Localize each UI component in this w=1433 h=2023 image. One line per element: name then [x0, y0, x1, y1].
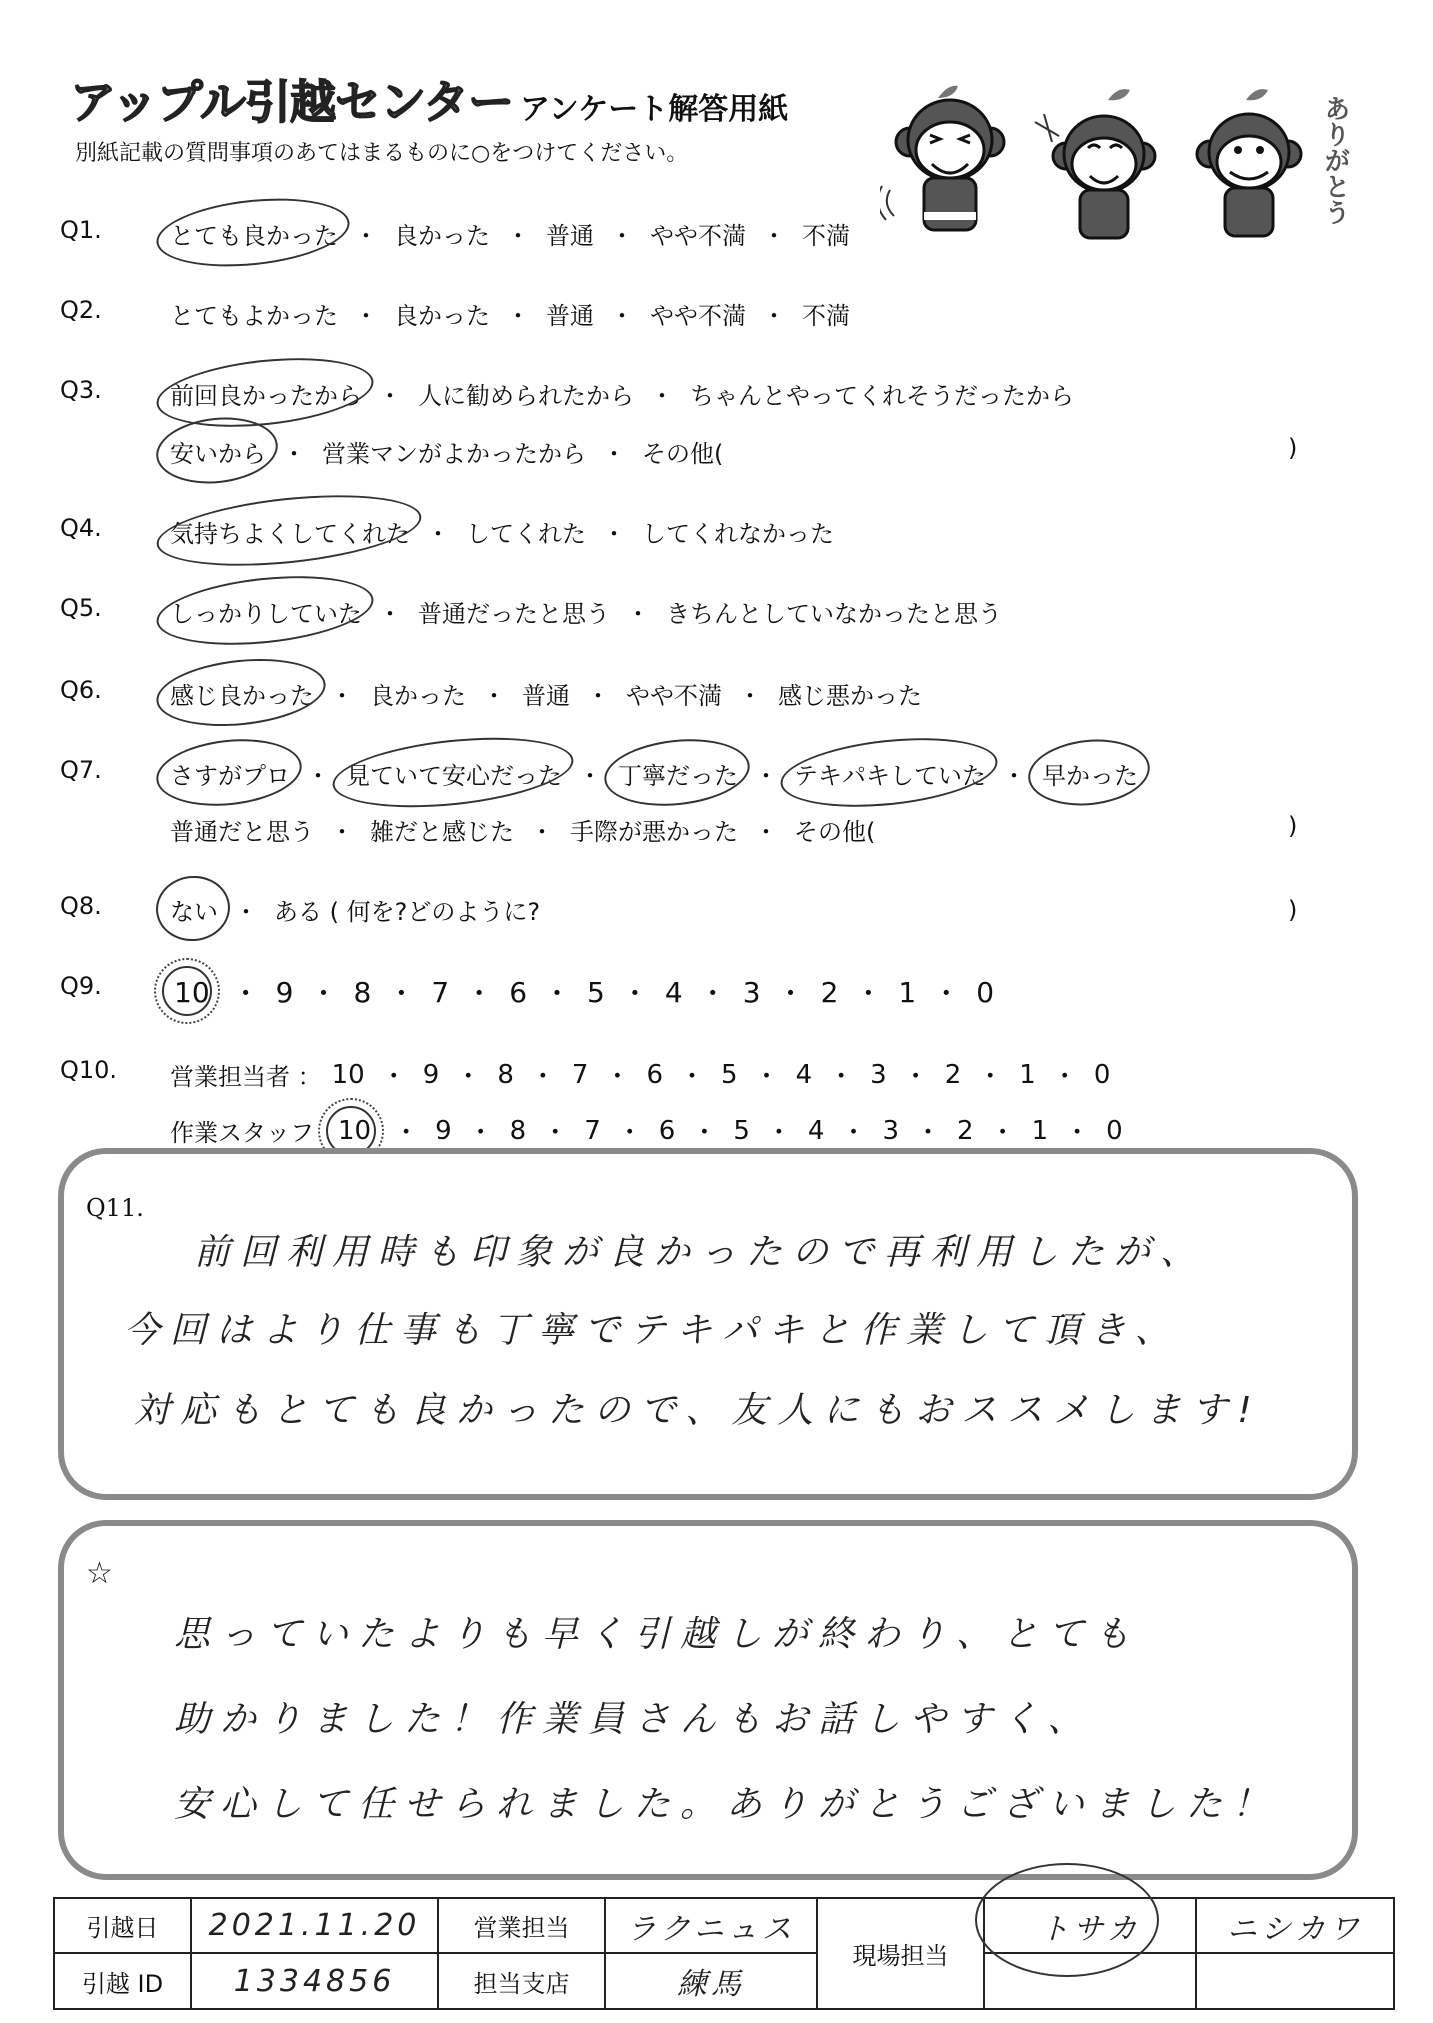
move-date-label: 引越日 — [54, 1898, 191, 1953]
q2-option-5[interactable]: 不満 — [802, 296, 850, 331]
free-comment-line-3: 安心して任せられました。ありがとうございました！ — [174, 1776, 1278, 1827]
q10-staff-score-4[interactable]: 4 — [808, 1116, 825, 1146]
form-title: アンケート解答用紙 — [520, 84, 788, 128]
q9-score-6[interactable]: 6 — [509, 976, 527, 1009]
q3-option-2[interactable]: 人に勧められたから — [418, 376, 634, 411]
q11-line-2: 今回はより仕事も丁寧でテキパキと作業して頂き、 — [124, 1302, 1181, 1353]
q9-score-7[interactable]: 7 — [431, 976, 449, 1009]
q6-option-1[interactable]: 感じ良かった — [170, 676, 314, 711]
instruction-text: 別紙記載の質問事項のあてはまるものに○をつけてください。 — [75, 136, 688, 167]
q4-options: 気持ちよくしてくれた・ してくれた・ してくれなかった — [170, 514, 834, 549]
q4-label: Q4. — [60, 514, 102, 542]
q10-sales-label: 営業担当者 ： — [170, 1057, 322, 1092]
q6-options: 感じ良かった・ 良かった・ 普通・ やや不満・ 感じ悪かった — [170, 676, 922, 711]
q10-label: Q10. — [60, 1056, 117, 1084]
q7-option-8[interactable]: 手際が悪かった — [570, 812, 738, 847]
q5-option-1[interactable]: しっかりしていた — [170, 594, 362, 629]
q8-label: Q8. — [60, 892, 102, 920]
q10-staff-score-8[interactable]: 8 — [510, 1116, 527, 1146]
q7-option-4[interactable]: テキパキしていた — [794, 756, 986, 791]
q7-option-3[interactable]: 丁寧だった — [618, 756, 738, 791]
q10-sales-score-2[interactable]: 2 — [945, 1060, 962, 1090]
q7-option-6[interactable]: 普通だと思う — [170, 812, 314, 847]
q10-staff-score-10[interactable]: 10 — [332, 1116, 377, 1146]
q7-label: Q7. — [60, 756, 102, 784]
q10-staff-score-2[interactable]: 2 — [957, 1116, 974, 1146]
q10-sales-score-8[interactable]: 8 — [497, 1060, 514, 1090]
q5-options: しっかりしていた・ 普通だったと思う・ きちんとしていなかったと思う — [170, 594, 1002, 629]
q10-staff-score-5[interactable]: 5 — [733, 1116, 750, 1146]
q2-option-1[interactable]: とてもよかった — [170, 296, 338, 331]
q2-option-4[interactable]: やや不満 — [650, 296, 746, 331]
q10-sales-score-6[interactable]: 6 — [646, 1060, 663, 1090]
q10-staff-score-1[interactable]: 1 — [1032, 1116, 1049, 1146]
q1-option-3[interactable]: 普通 — [546, 216, 594, 251]
q10-sales-score-10[interactable]: 10 — [332, 1060, 365, 1090]
monkey-smile-icon — [1197, 89, 1301, 236]
q10-sales-score-5[interactable]: 5 — [721, 1060, 738, 1090]
free-comment-line-1: 思っていたよりも早く引越しが終わり、とても — [174, 1606, 1140, 1657]
site-lead-1-value[interactable]: トサカ — [984, 1898, 1196, 1953]
q7-options-row2: 普通だと思う・ 雑だと感じた・ 手際が悪かった・ その他( — [170, 812, 875, 847]
q9-label: Q9. — [60, 972, 102, 1000]
q3-option-1[interactable]: 前回良かったから — [170, 376, 362, 411]
q9-score-3[interactable]: 3 — [743, 976, 761, 1009]
q7-option-5[interactable]: 早かった — [1042, 756, 1138, 791]
monkey-happy-icon — [1035, 89, 1155, 238]
site-lead-4-value[interactable] — [1196, 1953, 1394, 2009]
site-lead-2-value[interactable]: ニシカワ — [1196, 1898, 1394, 1953]
q5-option-3[interactable]: きちんとしていなかったと思う — [666, 594, 1002, 629]
q10-staff-label: 作業スタッフ — [170, 1113, 314, 1148]
q6-option-5[interactable]: 感じ悪かった — [778, 676, 922, 711]
free-comment-box[interactable]: ☆ 思っていたよりも早く引越しが終わり、とても 助かりました！作業員さんもお話し… — [58, 1520, 1358, 1880]
q3-option-other[interactable]: その他( — [642, 434, 723, 469]
q7-options-row1: さすがプロ・ 見ていて安心だった・ 丁寧だった・ テキパキしていた・ 早かった — [170, 756, 1138, 791]
q1-option-1[interactable]: とても良かった — [170, 216, 338, 251]
q10-staff-scale: 作業スタッフ 10・ 9・ 8・ 7・ 6・ 5・ 4・ 3・ 2・ 1・ 0 — [170, 1112, 1123, 1149]
q9-score-0[interactable]: 0 — [976, 976, 994, 1009]
company-title: アップル引越センター — [70, 66, 513, 132]
q9-score-2[interactable]: 2 — [821, 976, 839, 1009]
q8-option-1[interactable]: ない — [170, 892, 218, 927]
q1-label: Q1. — [60, 216, 102, 244]
sales-rep-value[interactable]: ラクニュス — [605, 1898, 817, 1953]
q10-sales-score-3[interactable]: 3 — [870, 1060, 887, 1090]
q7-close-paren: ) — [1288, 812, 1297, 840]
q7-option-2[interactable]: 見ていて安心だった — [346, 756, 562, 791]
q1-option-4[interactable]: やや不満 — [650, 216, 746, 251]
q9-score-1[interactable]: 1 — [898, 976, 916, 1009]
q5-option-2[interactable]: 普通だったと思う — [418, 594, 610, 629]
move-id-value[interactable]: 1334856 — [191, 1953, 438, 2009]
q4-option-1[interactable]: 気持ちよくしてくれた — [170, 514, 410, 549]
q6-label: Q6. — [60, 676, 102, 704]
q3-option-4[interactable]: 安いから — [170, 434, 266, 469]
move-date-value[interactable]: 2021.11.20 — [191, 1898, 438, 1953]
q3-option-5[interactable]: 営業マンがよかったから — [322, 434, 586, 469]
q10-sales-score-4[interactable]: 4 — [796, 1060, 813, 1090]
monkey-wink-icon — [880, 86, 1004, 230]
q9-score-9[interactable]: 9 — [276, 976, 294, 1009]
selection-circle — [975, 1863, 1159, 1977]
q7-option-other[interactable]: その他( — [794, 812, 875, 847]
q9-score-8[interactable]: 8 — [354, 976, 372, 1009]
q10-sales-score-7[interactable]: 7 — [572, 1060, 589, 1090]
q9-scale: 10・ 9・ 8・ 7・ 6・ 5・ 4・ 3・ 2・ 1・ 0 — [168, 972, 994, 1012]
q2-options: とてもよかった・ 良かった・ 普通・ やや不満・ 不満 — [170, 296, 850, 331]
q8-option-2[interactable]: ある ( 何を?どのように? — [274, 892, 540, 927]
q3-options-row1: 前回良かったから・ 人に勧められたから・ ちゃんとやってくれそうだったから — [170, 376, 1074, 411]
q3-option-3[interactable]: ちゃんとやってくれそうだったから — [690, 376, 1074, 411]
q7-option-7[interactable]: 雑だと感じた — [370, 812, 514, 847]
q8-options: ない・ ある ( 何を?どのように? — [170, 892, 540, 927]
q1-options: とても良かった・ 良かった・ 普通・ やや不満・ 不満 — [170, 216, 850, 251]
q10-sales-score-0[interactable]: 0 — [1094, 1060, 1111, 1090]
q10-staff-score-6[interactable]: 6 — [659, 1116, 676, 1146]
q8-close-paren: ) — [1288, 896, 1297, 924]
q11-line-3: 対応もとても良かったので、友人にもおススメします! — [134, 1382, 1262, 1433]
q4-option-3[interactable]: してくれなかった — [642, 514, 834, 549]
q6-option-4[interactable]: やや不満 — [626, 676, 722, 711]
q10-staff-score-0[interactable]: 0 — [1106, 1116, 1123, 1146]
q6-option-2[interactable]: 良かった — [370, 676, 466, 711]
q2-label: Q2. — [60, 296, 102, 324]
q3-close-paren: ) — [1288, 434, 1297, 462]
q10-staff-score-7[interactable]: 7 — [584, 1116, 601, 1146]
q10-sales-score-9[interactable]: 9 — [423, 1060, 440, 1090]
q10-staff-score-9[interactable]: 9 — [435, 1116, 452, 1146]
star-icon: ☆ — [86, 1556, 113, 1591]
mascot-illustration — [880, 80, 1340, 250]
move-info-table: 引越日 2021.11.20 営業担当 ラクニュス 現場担当 トサカ ニシカワ … — [53, 1897, 1395, 2010]
q10-sales-score-1[interactable]: 1 — [1019, 1060, 1036, 1090]
q9-score-5[interactable]: 5 — [587, 976, 605, 1009]
sales-rep-label: 営業担当 — [438, 1898, 605, 1953]
q2-option-2[interactable]: 良かった — [394, 296, 490, 331]
site-lead-label: 現場担当 — [817, 1898, 984, 2009]
q2-option-3[interactable]: 普通 — [546, 296, 594, 331]
q7-option-1[interactable]: さすがプロ — [170, 756, 290, 791]
q1-option-2[interactable]: 良かった — [394, 216, 490, 251]
q11-comment-box[interactable]: Q11. 前回利用時も印象が良かったので再利用したが、 今回はより仕事も丁寧でテ… — [58, 1148, 1358, 1500]
q1-option-5[interactable]: 不満 — [802, 216, 850, 251]
q10-sales-scale: 営業担当者 ： 10・ 9・ 8・ 7・ 6・ 5・ 4・ 3・ 2・ 1・ 0 — [170, 1056, 1110, 1093]
q5-label: Q5. — [60, 594, 102, 622]
branch-label: 担当支店 — [438, 1953, 605, 2009]
branch-value[interactable]: 練馬 — [605, 1953, 817, 2009]
q3-options-row2: 安いから・ 営業マンがよかったから・ その他( — [170, 434, 723, 469]
q9-score-10[interactable]: 10 — [168, 976, 216, 1009]
move-id-label: 引越 ID — [54, 1953, 191, 2009]
free-comment-line-2: 助かりました！作業員さんもお話しやすく、 — [174, 1691, 1093, 1742]
mascot-caption: ありがとう — [1320, 95, 1350, 225]
q11-label: Q11. — [86, 1194, 144, 1222]
q11-line-1: 前回利用時も印象が良かったので再利用したが、 — [194, 1224, 1206, 1275]
q9-score-4[interactable]: 4 — [665, 976, 683, 1009]
q10-staff-score-3[interactable]: 3 — [882, 1116, 899, 1146]
q6-option-3[interactable]: 普通 — [522, 676, 570, 711]
q4-option-2[interactable]: してくれた — [466, 514, 586, 549]
q3-label: Q3. — [60, 376, 102, 404]
